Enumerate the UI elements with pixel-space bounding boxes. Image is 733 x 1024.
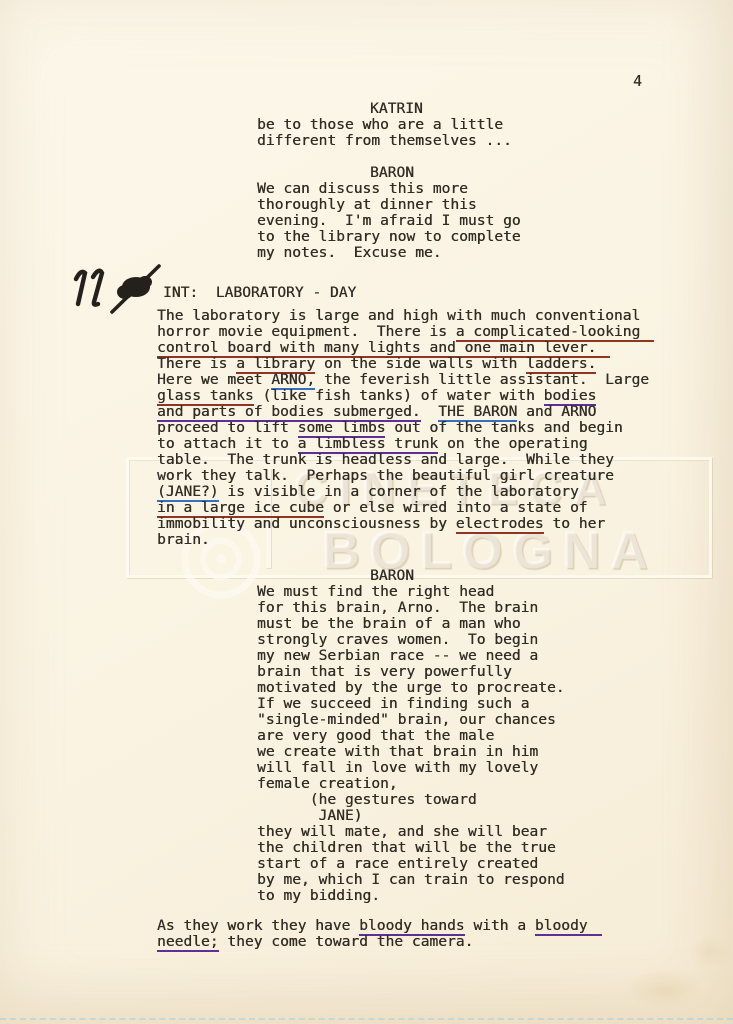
script-line: for this brain, Arno. The brain (257, 600, 717, 616)
text-segment: BARON (370, 567, 414, 584)
character-name: KATRIN (370, 101, 717, 117)
script-line: will fall in love with my lovely (257, 760, 717, 776)
text-segment: (he gestures toward (257, 791, 477, 808)
script-line: motivated by the urge to procreate. (257, 680, 717, 696)
script-page: CINETECA BOLOGNA 4 KATRINbe to those who… (0, 0, 733, 1024)
text-segment: work they talk. Perhaps the beautiful gi… (157, 467, 614, 484)
script-line: brain that is very powerfully (257, 664, 717, 680)
script-line: different from themselves ... (257, 133, 717, 149)
script-line: are very good that the male (257, 728, 717, 744)
text-segment: and ARNO (517, 403, 596, 420)
text-segment: motivated by the urge to procreate. (257, 679, 565, 696)
script-line: in a large ice cube or else wired into a… (157, 500, 717, 516)
text-segment: KATRIN (370, 100, 423, 117)
text-segment: be to those who are a little (257, 116, 503, 133)
text-segment: If we succeed in finding such a (257, 695, 529, 712)
dialogue-block: We can discuss this morethoroughly at di… (257, 181, 717, 261)
script-line: the children that will be the true (257, 840, 717, 856)
script-line: they will mate, and she will bear (257, 824, 717, 840)
text-segment: (like fish tanks) of water with (254, 387, 544, 404)
script-line: (JANE?) is visible in a corner of the la… (157, 484, 717, 500)
script-line: my new Serbian race -- we need a (257, 648, 717, 664)
text-segment (421, 403, 439, 420)
text-segment: my new Serbian race -- we need a (257, 647, 538, 664)
text-segment: strongly craves women. To begin (257, 631, 538, 648)
script-line: thoroughly at dinner this (257, 197, 717, 213)
script-line: to my bidding. (257, 888, 717, 904)
script-line: strongly craves women. To begin (257, 632, 717, 648)
script-line: proceed to lift some limbs out of the ta… (157, 420, 717, 436)
text-segment: will fall in love with my lovely (257, 759, 538, 776)
script-line: control board with many lights and one m… (157, 340, 717, 356)
script-line: glass tanks (like fish tanks) of water w… (157, 388, 717, 404)
script-line: There is a library on the side walls wit… (157, 356, 717, 372)
script-line: table. The trunk is headless and large. … (157, 452, 717, 468)
script-line: BARON (370, 165, 717, 181)
text-segment: must be the brain of a man who (257, 615, 521, 632)
script-line: "single-minded" brain, our chances (257, 712, 717, 728)
text-segment: out of the tanks and begin (385, 419, 622, 436)
text-segment: or else wired into a state of (324, 499, 588, 516)
script-line: (he gestures toward (257, 792, 717, 808)
scene-heading: INT: LABORATORY - DAY (163, 285, 717, 301)
text-segment: with a (465, 917, 535, 934)
script-line: brain. (157, 532, 717, 548)
script-line: be to those who are a little (257, 117, 717, 133)
action-block: The laboratory is large and high with mu… (157, 308, 717, 548)
ink-underline-red: electrodes (456, 515, 544, 534)
text-segment: JANE) (257, 807, 362, 824)
text-segment: proceed to lift (157, 419, 298, 436)
script-line: and parts of bodies submerged. THE BARON… (157, 404, 717, 420)
text-segment: are very good that the male (257, 727, 494, 744)
script-line: KATRIN (370, 101, 717, 117)
text-segment: brain that is very powerfully (257, 663, 512, 680)
text-segment: INT: LABORATORY - DAY (163, 284, 356, 301)
text-segment: female creation, (257, 775, 398, 792)
script-line: my notes. Excuse me. (257, 245, 717, 261)
text-segment: evening. I'm afraid I must go (257, 212, 521, 229)
text-segment: different from themselves ... (257, 132, 512, 149)
text-segment: As they work they have (157, 917, 359, 934)
paper-stain (625, 968, 705, 1010)
text-segment: thoroughly at dinner this (257, 196, 477, 213)
text-segment: the feverish little assistant. Large (315, 371, 649, 388)
text-segment: The laboratory is large and high with mu… (157, 307, 640, 324)
script-body: KATRINbe to those who are a littlediffer… (157, 101, 717, 950)
script-line: we create with that brain in him (257, 744, 717, 760)
script-line: start of a race entirely created (257, 856, 717, 872)
script-line: As they work they have bloody hands with… (157, 918, 717, 934)
scan-bottom-edge (0, 1018, 733, 1020)
text-segment: they will mate, and she will bear (257, 823, 547, 840)
text-segment: We can discuss this more (257, 180, 468, 197)
text-segment: Here we meet (157, 371, 271, 388)
text-segment: to her (544, 515, 606, 532)
script-line: JANE) (257, 808, 717, 824)
script-line: The laboratory is large and high with mu… (157, 308, 717, 324)
text-segment: horror movie equipment. There is (157, 323, 456, 340)
script-line: horror movie equipment. There is a compl… (157, 324, 717, 340)
text-segment: "single-minded" brain, our chances (257, 711, 556, 728)
text-segment: There is (157, 355, 236, 372)
script-line: needle; they come toward the camera. (157, 934, 717, 950)
script-line: We must find the right head (257, 584, 717, 600)
text-segment: the children that will be the true (257, 839, 556, 856)
script-line: work they talk. Perhaps the beautiful gi… (157, 468, 717, 484)
script-line: evening. I'm afraid I must go (257, 213, 717, 229)
text-segment: on the side walls with (315, 355, 526, 372)
script-line: If we succeed in finding such a (257, 696, 717, 712)
script-line: Here we meet ARNO, the feverish little a… (157, 372, 717, 388)
text-segment: brain. (157, 531, 210, 548)
text-segment: on the operating (438, 435, 587, 452)
text-segment: for this brain, Arno. The brain (257, 599, 538, 616)
page-number: 4 (633, 73, 642, 89)
text-segment: my notes. Excuse me. (257, 244, 442, 261)
text-segment: immobility and unconsciousness by (157, 515, 456, 532)
script-line: to the library now to complete (257, 229, 717, 245)
script-line: immobility and unconsciousness by electr… (157, 516, 717, 532)
text-segment: we create with that brain in him (257, 743, 538, 760)
text-segment: to my bidding. (257, 887, 380, 904)
text-segment: BARON (370, 164, 414, 181)
handwritten-annotation (66, 264, 166, 316)
script-line: must be the brain of a man who (257, 616, 717, 632)
text-segment: start of a race entirely created (257, 855, 538, 872)
ink-underline-purple: needle; (157, 933, 219, 952)
dialogue-block: be to those who are a littledifferent fr… (257, 117, 717, 149)
script-line: female creation, (257, 776, 717, 792)
script-line: We can discuss this more (257, 181, 717, 197)
dialogue-block: We must find the right headfor this brai… (257, 584, 717, 904)
script-line: BARON (370, 568, 717, 584)
text-segment: table. The trunk is headless and large. … (157, 451, 614, 468)
text-segment: is visible in a corner of the laboratory (219, 483, 579, 500)
script-line: by me, which I can train to respond (257, 872, 717, 888)
character-name: BARON (370, 568, 717, 584)
text-segment: to the library now to complete (257, 228, 521, 245)
ink-underline-purple: bloody (535, 917, 602, 936)
text-segment: We must find the right head (257, 583, 494, 600)
action-block: As they work they have bloody hands with… (157, 918, 717, 950)
character-name: BARON (370, 165, 717, 181)
script-line: INT: LABORATORY - DAY (163, 285, 717, 301)
text-segment: to attach it to (157, 435, 298, 452)
text-segment: by me, which I can train to respond (257, 871, 565, 888)
text-segment: they come toward the camera. (219, 933, 474, 950)
script-line: to attach it to a limbless trunk on the … (157, 436, 717, 452)
